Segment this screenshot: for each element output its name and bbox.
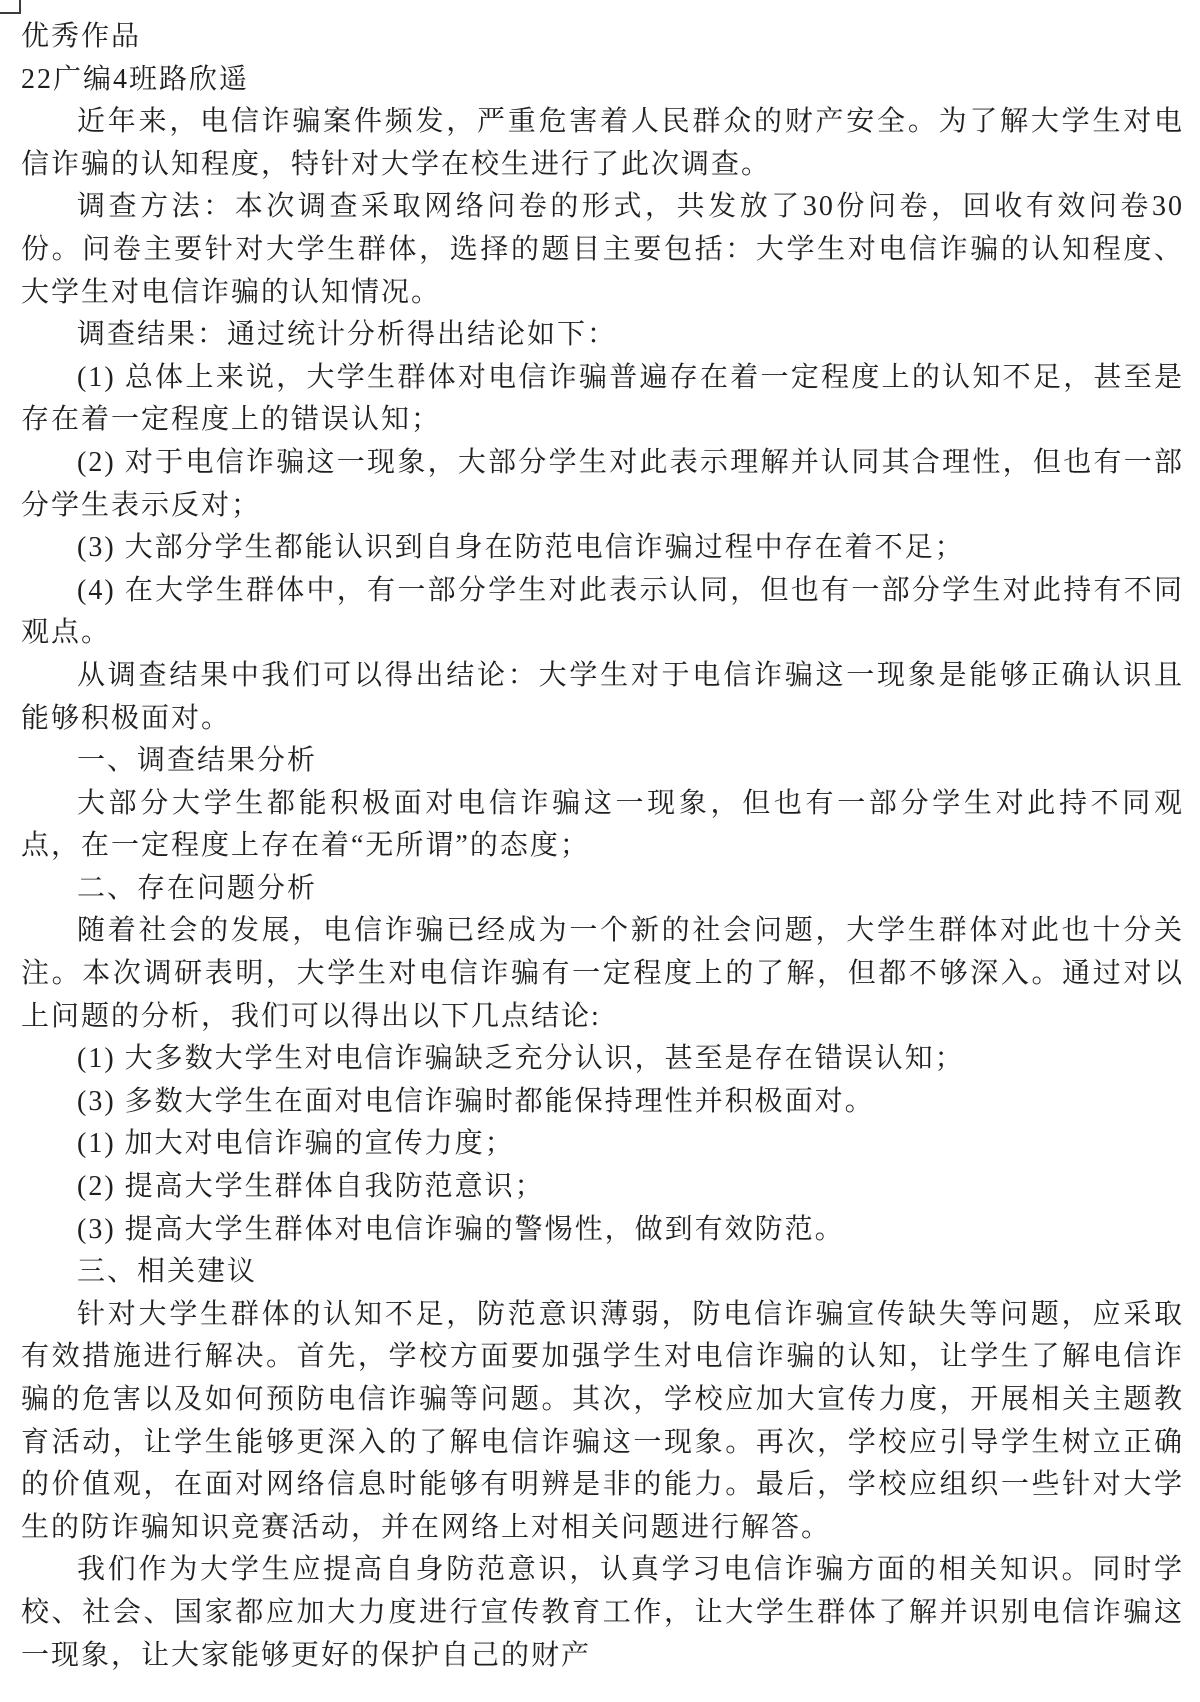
paragraph: 一、调查结果分析 bbox=[21, 740, 1184, 783]
document-page: 优秀作品 22广编4班路欣遥 近年来，电信诈骗案件频发，严重危害着人民群众的财产… bbox=[0, 0, 1200, 1702]
paragraph: (1) 加大对电信诈骗的宣传力度； bbox=[21, 1123, 1184, 1166]
paragraph: 二、存在问题分析 bbox=[21, 868, 1184, 911]
paragraph: 大部分大学生都能积极面对电信诈骗这一现象，但也有一部分学生对此持不同观点，在一定… bbox=[21, 783, 1184, 868]
paragraph: (3) 多数大学生在面对电信诈骗时都能保持理性并积极面对。 bbox=[21, 1081, 1184, 1124]
page-border-corner-mark bbox=[0, 0, 21, 14]
paragraph: (1) 大多数大学生对电信诈骗缺乏充分认识，甚至是存在错误认知； bbox=[21, 1038, 1184, 1081]
document-body: 近年来，电信诈骗案件频发，严重危害着人民群众的财产安全。为了解大学生对电信诈骗的… bbox=[21, 101, 1184, 1677]
paragraph: (4) 在大学生群体中，有一部分学生对此表示认同，但也有一部分学生对此持有不同观… bbox=[21, 570, 1184, 655]
paragraph: 近年来，电信诈骗案件频发，严重危害着人民群众的财产安全。为了解大学生对电信诈骗的… bbox=[21, 101, 1184, 186]
paragraph: 我们作为大学生应提高自身防范意识，认真学习电信诈骗方面的相关知识。同时学校、社会… bbox=[21, 1549, 1184, 1677]
paragraph: (2) 提高大学生群体自我防范意识； bbox=[21, 1166, 1184, 1209]
paragraph: (2) 对于电信诈骗这一现象，大部分学生对此表示理解并认同其合理性，但也有一部分… bbox=[21, 442, 1184, 527]
paragraph: (3) 提高大学生群体对电信诈骗的警惕性，做到有效防范。 bbox=[21, 1209, 1184, 1252]
paragraph: 调查结果：通过统计分析得出结论如下： bbox=[21, 314, 1184, 357]
award-label: 优秀作品 bbox=[21, 16, 1184, 59]
paragraph: (3) 大部分学生都能认识到自身在防范电信诈骗过程中存在着不足； bbox=[21, 527, 1184, 570]
paragraph: 三、相关建议 bbox=[21, 1251, 1184, 1294]
paragraph: 调查方法：本次调查采取网络问卷的形式，共发放了30份问卷，回收有效问卷30份。问… bbox=[21, 186, 1184, 314]
paragraph: 随着社会的发展，电信诈骗已经成为一个新的社会问题，大学生群体对此也十分关注。本次… bbox=[21, 910, 1184, 1038]
author-byline: 22广编4班路欣遥 bbox=[21, 59, 1184, 102]
paragraph: (1) 总体上来说，大学生群体对电信诈骗普遍存在着一定程度上的认知不足，甚至是存… bbox=[21, 357, 1184, 442]
paragraph: 从调查结果中我们可以得出结论：大学生对于电信诈骗这一现象是能够正确认识且能够积极… bbox=[21, 655, 1184, 740]
paragraph: 针对大学生群体的认知不足，防范意识薄弱，防电信诈骗宣传缺失等问题，应采取有效措施… bbox=[21, 1294, 1184, 1550]
